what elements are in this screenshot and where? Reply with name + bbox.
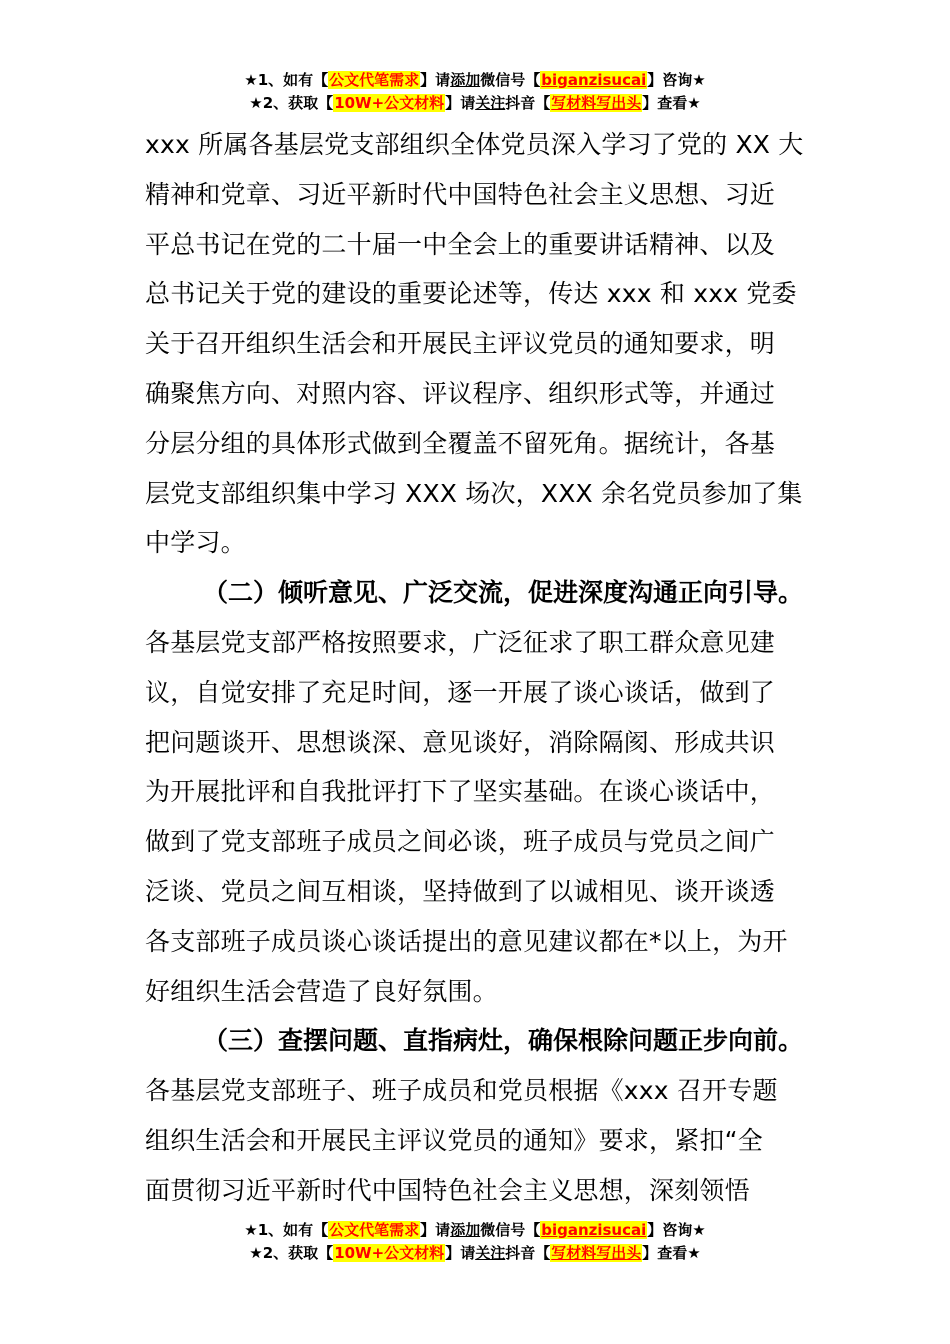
banner-text: ★1、如有【 xyxy=(244,71,328,89)
text-line: 精神和党章、习近平新时代中国特色社会主义思想、习近 xyxy=(145,170,815,220)
banner-text: 微信号【 xyxy=(480,71,540,89)
banner-text: 】查看★ xyxy=(642,1244,700,1262)
banner-text: 】请 xyxy=(420,71,450,89)
text-line: 为开展批评和自我批评打下了坚实基础。在谈心谈话中， xyxy=(145,767,815,817)
highlight-text: 10W+公文材料 xyxy=(333,94,445,112)
text-line: 层党支部组织集中学习 XXX 场次，XXX 余名党员参加了集 xyxy=(145,469,815,519)
banner-text: 抖音【 xyxy=(505,1244,550,1262)
paragraph-3: 各基层党支部班子、班子成员和党员根据《xxx 召开专题 组织生活会和开展民主评议… xyxy=(145,1066,815,1215)
text-line: xxx 所属各基层党支部组织全体党员深入学习了党的 XX 大 xyxy=(145,120,815,170)
text-line: 关于召开组织生活会和开展民主评议党员的通知要求，明 xyxy=(145,319,815,369)
highlight-text: 公文代笔需求 xyxy=(328,1221,420,1239)
text-line: 总书记关于党的建设的重要论述等，传达 xxx 和 xxx 党委 xyxy=(145,269,815,319)
banner-text: 】请 xyxy=(420,1221,450,1239)
banner-text: 】咨询★ xyxy=(647,71,705,89)
wechat-id-highlight: biganzisucai xyxy=(540,71,647,89)
douyin-id-highlight: 写材料写出头 xyxy=(550,1244,642,1262)
text-line: 好组织生活会营造了良好氛围。 xyxy=(145,967,815,1017)
header-banner: ★1、如有【公文代笔需求】请添加微信号【biganzisucai】咨询★ ★2、… xyxy=(0,69,950,115)
section-heading-3: （三）查摆问题、直指病灶，确保根除问题正步向前。 xyxy=(145,1016,815,1066)
text-line: 各基层党支部严格按照要求，广泛征求了职工群众意见建 xyxy=(145,618,815,668)
underlined-text: 添加 xyxy=(450,71,480,89)
highlight-text: 10W+公文材料 xyxy=(333,1244,445,1262)
underlined-text: 添加 xyxy=(450,1221,480,1239)
text-line: 泛谈、党员之间互相谈，坚持做到了以诚相见、谈开谈透 xyxy=(145,867,815,917)
underlined-text: 关注 xyxy=(475,1244,505,1262)
text-line: 组织生活会和开展民主评议党员的通知》要求，紧扣“全 xyxy=(145,1116,815,1166)
banner-line-1: ★1、如有【公文代笔需求】请添加微信号【biganzisucai】咨询★ xyxy=(0,1219,950,1242)
banner-line-1: ★1、如有【公文代笔需求】请添加微信号【biganzisucai】咨询★ xyxy=(0,69,950,92)
paragraph-2: 各基层党支部严格按照要求，广泛征求了职工群众意见建 议，自觉安排了充足时间，逐一… xyxy=(145,618,815,1016)
text-line: 面贯彻习近平新时代中国特色社会主义思想，深刻领悟 xyxy=(145,1166,815,1216)
text-line: 议，自觉安排了充足时间，逐一开展了谈心谈话，做到了 xyxy=(145,668,815,718)
banner-text: 微信号【 xyxy=(480,1221,540,1239)
text-line: 平总书记在党的二十届一中全会上的重要讲话精神、以及 xyxy=(145,220,815,270)
footer-banner: ★1、如有【公文代笔需求】请添加微信号【biganzisucai】咨询★ ★2、… xyxy=(0,1219,950,1265)
banner-text: 】查看★ xyxy=(642,94,700,112)
text-line: 把问题谈开、思想谈深、意见谈好，消除隔阂、形成共识 xyxy=(145,718,815,768)
section-heading-2: （二）倾听意见、广泛交流，促进深度沟通正向引导。 xyxy=(145,568,815,618)
banner-line-2: ★2、获取【10W+公文材料】请关注抖音【写材料写出头】查看★ xyxy=(0,92,950,115)
document-body: xxx 所属各基层党支部组织全体党员深入学习了党的 XX 大 精神和党章、习近平… xyxy=(145,120,815,1216)
douyin-id-highlight: 写材料写出头 xyxy=(550,94,642,112)
banner-text: 】请 xyxy=(445,1244,475,1262)
banner-text: ★2、获取【 xyxy=(249,1244,333,1262)
banner-text: ★2、获取【 xyxy=(249,94,333,112)
highlight-text: 公文代笔需求 xyxy=(328,71,420,89)
text-line: 各基层党支部班子、班子成员和党员根据《xxx 召开专题 xyxy=(145,1066,815,1116)
text-line: 确聚焦方向、对照内容、评议程序、组织形式等，并通过 xyxy=(145,369,815,419)
text-line: 做到了党支部班子成员之间必谈，班子成员与党员之间广 xyxy=(145,817,815,867)
text-line: 分层分组的具体形式做到全覆盖不留死角。据统计，各基 xyxy=(145,419,815,469)
banner-text: 】咨询★ xyxy=(647,1221,705,1239)
wechat-id-highlight: biganzisucai xyxy=(540,1221,647,1239)
banner-text: ★1、如有【 xyxy=(244,1221,328,1239)
text-line: 中学习。 xyxy=(145,518,815,568)
banner-text: 抖音【 xyxy=(505,94,550,112)
banner-text: 】请 xyxy=(445,94,475,112)
banner-line-2: ★2、获取【10W+公文材料】请关注抖音【写材料写出头】查看★ xyxy=(0,1242,950,1265)
paragraph-1: xxx 所属各基层党支部组织全体党员深入学习了党的 XX 大 精神和党章、习近平… xyxy=(145,120,815,568)
text-line: 各支部班子成员谈心谈话提出的意见建议都在*以上，为开 xyxy=(145,917,815,967)
underlined-text: 关注 xyxy=(475,94,505,112)
